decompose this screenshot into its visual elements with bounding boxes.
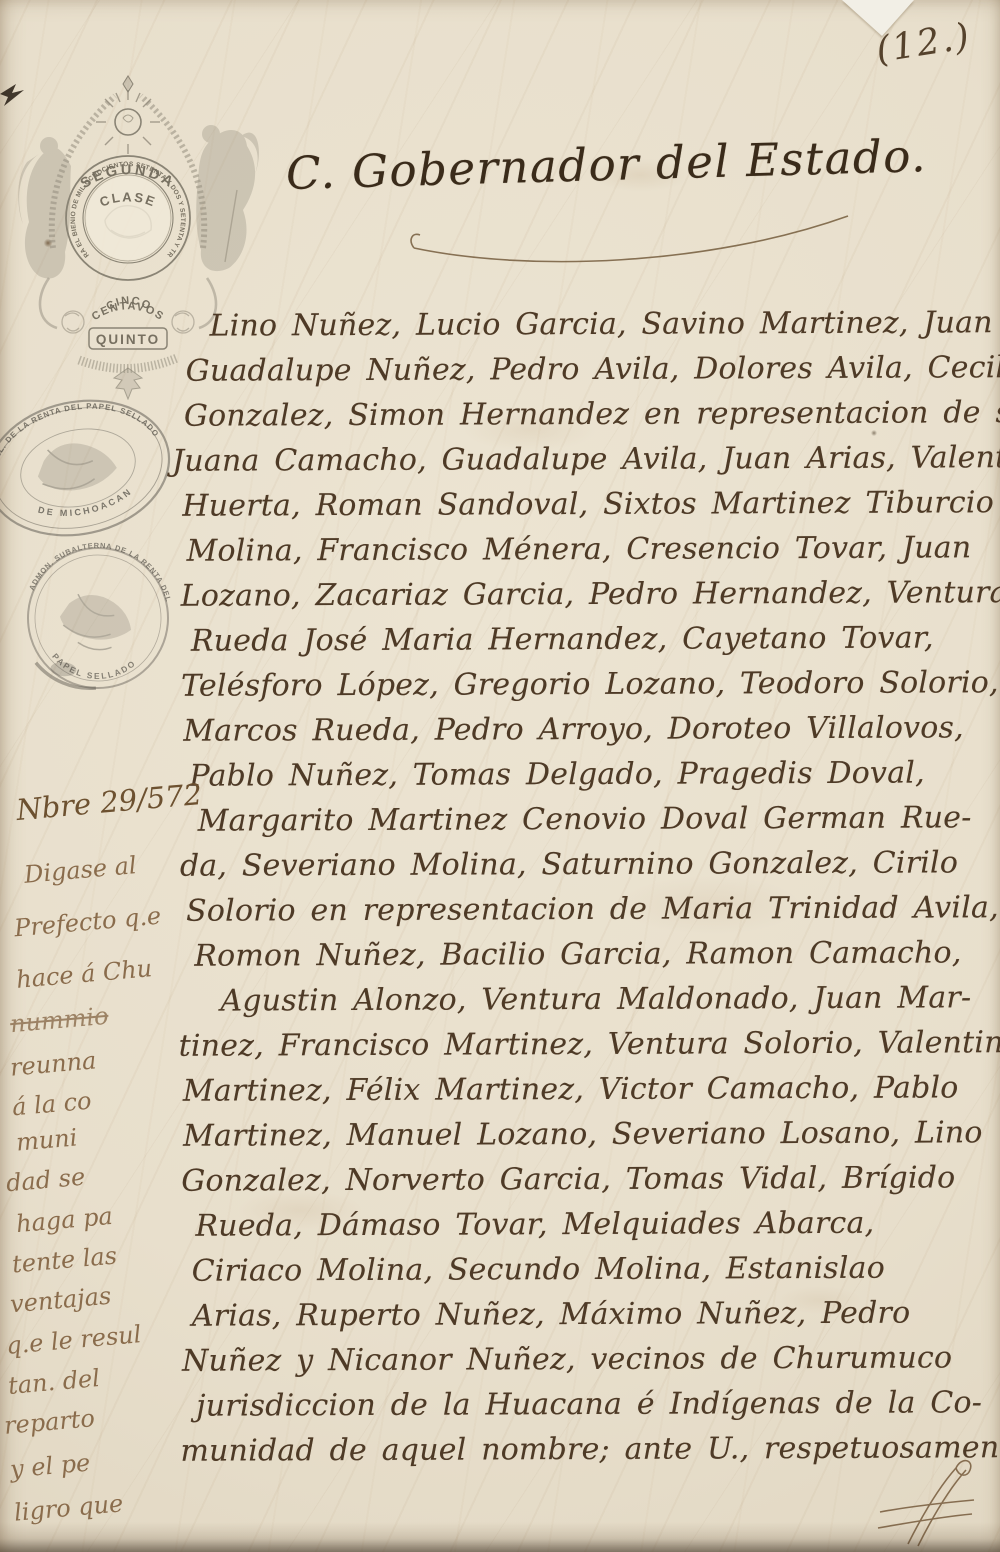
salutation-line: C. Gobernador del Estado. <box>285 133 927 196</box>
body-line-text: Molina, Francisco Ménera, Cresencio Tova… <box>186 530 971 568</box>
margin-note-line: muni <box>15 1123 79 1156</box>
body-line: tinez, Francisco Martinez, Ventura Solor… <box>173 1020 999 1069</box>
body-line-text: Arias, Ruperto Nuñez, Máximo Nuñez, Pedr… <box>192 1296 911 1334</box>
margin-note-text: reparto <box>3 1404 96 1440</box>
margin-note-text: muni <box>15 1123 79 1156</box>
margin-note-line: dad se <box>5 1163 86 1198</box>
body-line: Nuñez y Nicanor Nuñez, vecinos de Churum… <box>174 1335 1000 1384</box>
body-line-text: Pablo Nuñez, Tomas Delgado, Pragedis Dov… <box>189 756 924 794</box>
body-line-text: Gonzalez, Norverto Garcia, Tomas Vidal, … <box>181 1160 955 1198</box>
margin-note-line: ligro que <box>13 1489 124 1526</box>
body-line: Telésforo López, Gregorio Lozano, Teodor… <box>171 660 997 709</box>
body-line-text: Juana Camacho, Guadalupe Avila, Juan Ari… <box>172 440 1000 479</box>
body-line-text: Ciriaco Molina, Secundo Molina, Estanisl… <box>192 1251 885 1289</box>
margin-note-line: á la co <box>11 1087 93 1122</box>
body-line-text: Telésforo López, Gregorio Lozano, Teodor… <box>181 665 999 704</box>
body-line-text: Guadalupe Nuñez, Pedro Avila, Dolores Av… <box>186 350 1000 389</box>
body-line: Marcos Rueda, Pedro Arroyo, Doroteo Vill… <box>171 705 997 754</box>
margin-note-line: tan. del <box>7 1364 101 1400</box>
body-line-text: Lino Nuñez, Lucio Garcia, Savino Martine… <box>209 305 1000 344</box>
body-line: Guadalupe Nuñez, Pedro Avila, Dolores Av… <box>170 345 996 394</box>
body-line: Romon Nuñez, Bacilio Garcia, Ramon Camac… <box>172 930 998 979</box>
margin-note-line: reunna <box>9 1046 97 1081</box>
margin-note-line: ventajas <box>9 1282 112 1319</box>
body-line-text: Martinez, Félix Martinez, Victor Camacho… <box>183 1070 959 1108</box>
margin-note-text: dad se <box>5 1163 86 1198</box>
margin-note-line: nummio <box>9 1002 110 1038</box>
body-line-text: Gonzalez, Simon Hernandez en representac… <box>184 395 1000 434</box>
rubric-flourish-icon <box>872 1452 982 1547</box>
margin-note-line: Digase al <box>23 851 138 889</box>
margin-note-line: hace á Chu <box>15 954 153 994</box>
margin-note-text: reunna <box>9 1046 97 1081</box>
body-line: jurisdiccion de la Huacana é Indígenas d… <box>174 1380 1000 1429</box>
margin-note-line: Prefecto q.e <box>13 902 162 943</box>
body-line-text: Margarito Martinez Cenovio Doval German … <box>198 800 972 838</box>
body-line: da, Severiano Molina, Saturnino Gonzalez… <box>172 840 998 889</box>
margin-note-line: reparto <box>3 1404 96 1440</box>
margin-note-line: tente las <box>11 1241 118 1278</box>
margin-note-text: Digase al <box>23 851 138 889</box>
body-line-text: Martinez, Manuel Lozano, Severiano Losan… <box>183 1115 983 1153</box>
body-line: Arias, Ruperto Nuñez, Máximo Nuñez, Pedr… <box>174 1290 1000 1339</box>
body-line: Juana Camacho, Guadalupe Avila, Juan Ari… <box>170 435 996 484</box>
body-line: Agustin Alonzo, Ventura Maldonado, Juan … <box>172 975 998 1024</box>
margin-note-text: Prefecto q.e <box>13 902 162 943</box>
body-line: Lino Nuñez, Lucio Garcia, Savino Martine… <box>169 300 995 349</box>
body-line-text: Rueda José Maria Hernandez, Cayetano Tov… <box>191 620 934 658</box>
body-line-text: Romon Nuñez, Bacilio Garcia, Ramon Camac… <box>194 935 961 973</box>
body-line-text: jurisdiccion de la Huacana é Indígenas d… <box>196 1385 982 1423</box>
body-line-text: Rueda, Dámaso Tovar, Melquiades Abarca, <box>195 1206 874 1244</box>
body-line: Rueda, Dámaso Tovar, Melquiades Abarca, <box>173 1200 999 1249</box>
body-line: Lozano, Zacariaz Garcia, Pedro Hernandez… <box>171 570 997 619</box>
margin-note-text: tan. del <box>7 1364 101 1400</box>
body-line-text: Nuñez y Nicanor Nuñez, vecinos de Churum… <box>182 1340 952 1378</box>
margin-note-text: y el pe <box>9 1449 91 1484</box>
margin-note-line: y el pe <box>9 1449 91 1484</box>
margin-note-line: q.e le resul <box>5 1320 142 1360</box>
underline-flourish-icon <box>408 204 858 274</box>
body-line: Molina, Francisco Ménera, Cresencio Tova… <box>170 525 996 574</box>
body-line: Gonzalez, Simon Hernandez en representac… <box>170 390 996 439</box>
margin-note-text: Nbre 29/572 <box>15 777 203 827</box>
margin-note-text: q.e le resul <box>5 1320 142 1360</box>
margin-note-text: ventajas <box>9 1282 112 1319</box>
margin-note-text: hace á Chu <box>15 954 153 994</box>
body-line: Martinez, Manuel Lozano, Severiano Losan… <box>173 1110 999 1159</box>
margin-annotation: Nbre 29/572Digase alPrefecto q.ehace á C… <box>0 0 185 1552</box>
margin-note-text: á la co <box>11 1087 93 1122</box>
body-line: Martinez, Félix Martinez, Victor Camacho… <box>173 1065 999 1114</box>
body-line: Margarito Martinez Cenovio Doval German … <box>172 795 998 844</box>
document-page: (12.) <box>0 0 1000 1552</box>
margin-note-text: nummio <box>9 1002 110 1038</box>
body-line-text: da, Severiano Molina, Saturnino Gonzalez… <box>180 845 958 883</box>
body-line: Rueda José Maria Hernandez, Cayetano Tov… <box>171 615 997 664</box>
body-line: Ciriaco Molina, Secundo Molina, Estanisl… <box>174 1245 1000 1294</box>
body-line: Solorio en representacion de Maria Trini… <box>172 885 998 934</box>
body-text: Lino Nuñez, Lucio Garcia, Savino Martine… <box>169 300 1000 1474</box>
body-line-text: Marcos Rueda, Pedro Arroyo, Doroteo Vill… <box>183 710 964 748</box>
margin-note-text: ligro que <box>13 1489 124 1526</box>
body-line-text: tinez, Francisco Martinez, Ventura Solor… <box>179 1025 1000 1064</box>
margin-note-line: Nbre 29/572 <box>15 780 203 824</box>
body-line-text: Solorio en representacion de Maria Trini… <box>186 890 999 929</box>
body-line-text: Agustin Alonzo, Ventura Maldonado, Juan … <box>220 980 971 1018</box>
margin-note-text: haga pa <box>15 1202 114 1238</box>
margin-note-line: haga pa <box>15 1202 114 1238</box>
body-line-text: Lozano, Zacariaz Garcia, Pedro Hernandez… <box>181 575 1000 614</box>
body-line: Gonzalez, Norverto Garcia, Tomas Vidal, … <box>173 1155 999 1204</box>
margin-note-text: tente las <box>11 1241 118 1278</box>
body-line-text: Huerta, Roman Sandoval, Sixtos Martinez … <box>182 485 994 524</box>
body-line: Huerta, Roman Sandoval, Sixtos Martinez … <box>170 480 996 529</box>
body-line: Pablo Nuñez, Tomas Delgado, Pragedis Dov… <box>171 750 997 799</box>
